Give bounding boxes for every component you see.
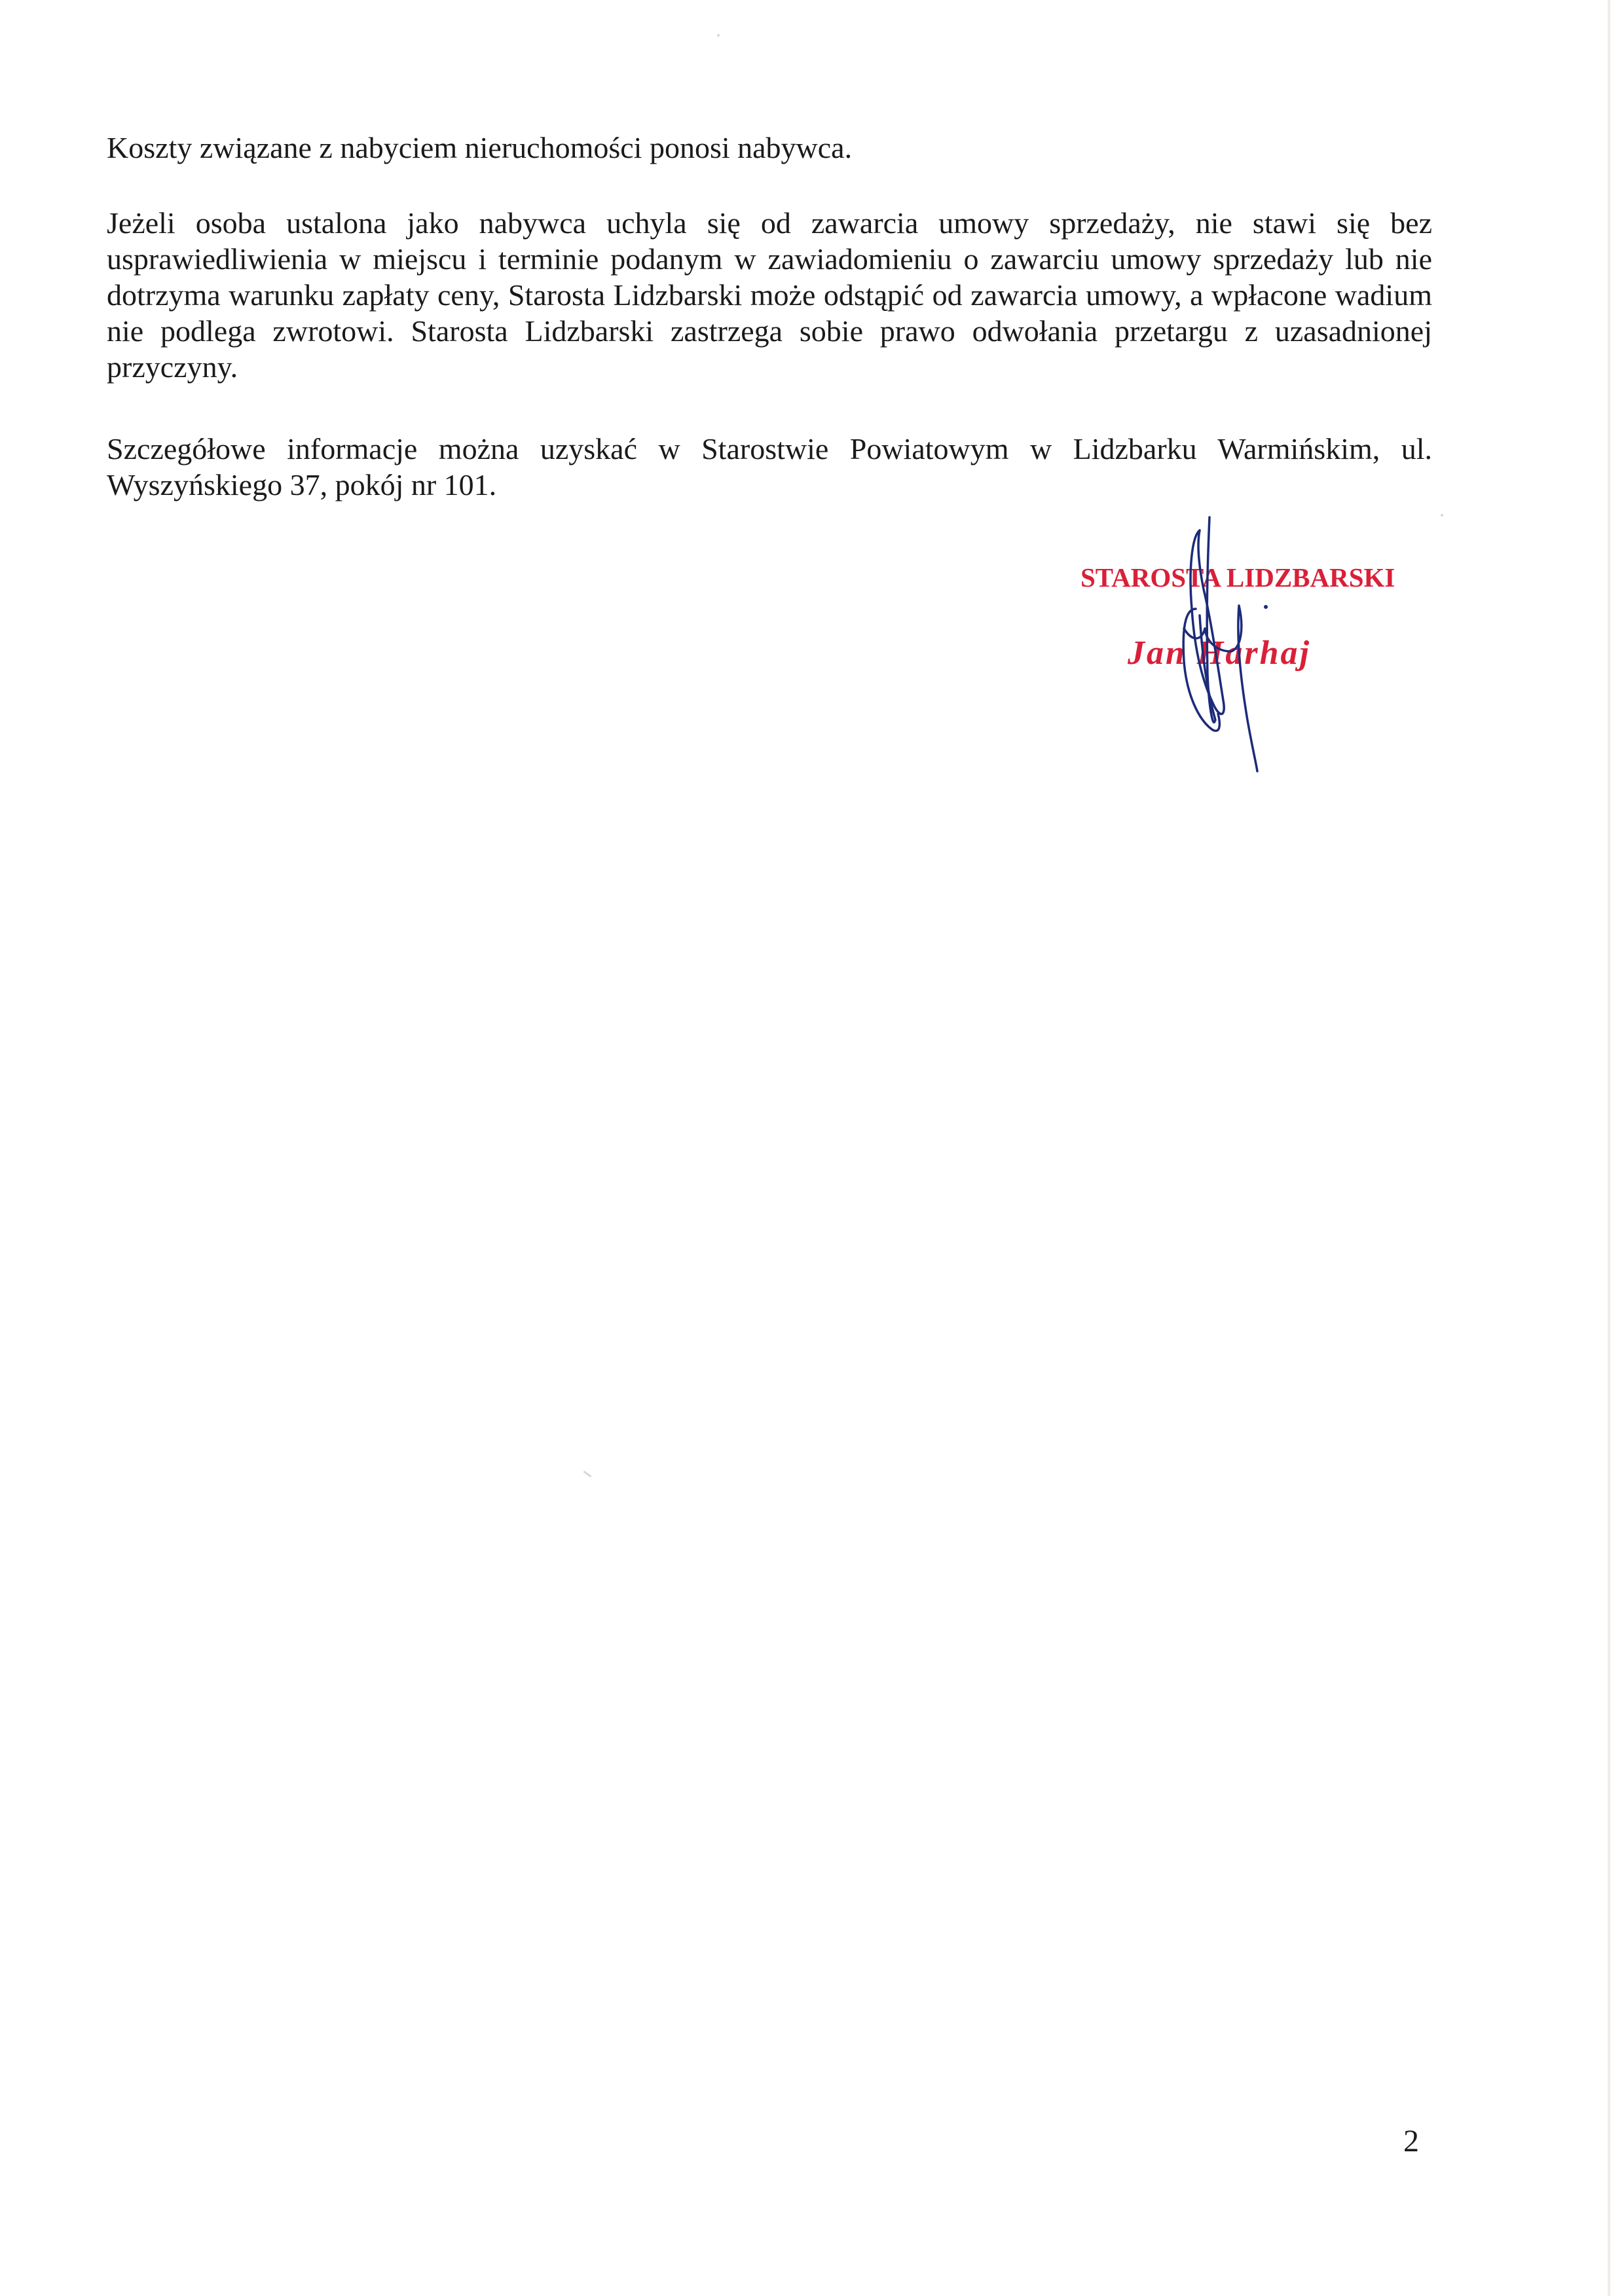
- page-edge-line: [1608, 0, 1610, 2296]
- scan-speck: [583, 1470, 591, 1477]
- paragraph-contact-info: Szczegółowe informacje można uzyskać w S…: [107, 431, 1432, 503]
- scan-speck: [1441, 514, 1443, 517]
- signature-icon: [1166, 511, 1297, 773]
- page-number: 2: [1403, 2123, 1419, 2160]
- paragraph-withdrawal-conditions: Jeżeli osoba ustalona jako nabywca uchyl…: [107, 205, 1432, 385]
- paragraph-costs: Koszty związane z nabyciem nieruchomości…: [107, 130, 1432, 166]
- scan-speck: [717, 34, 720, 37]
